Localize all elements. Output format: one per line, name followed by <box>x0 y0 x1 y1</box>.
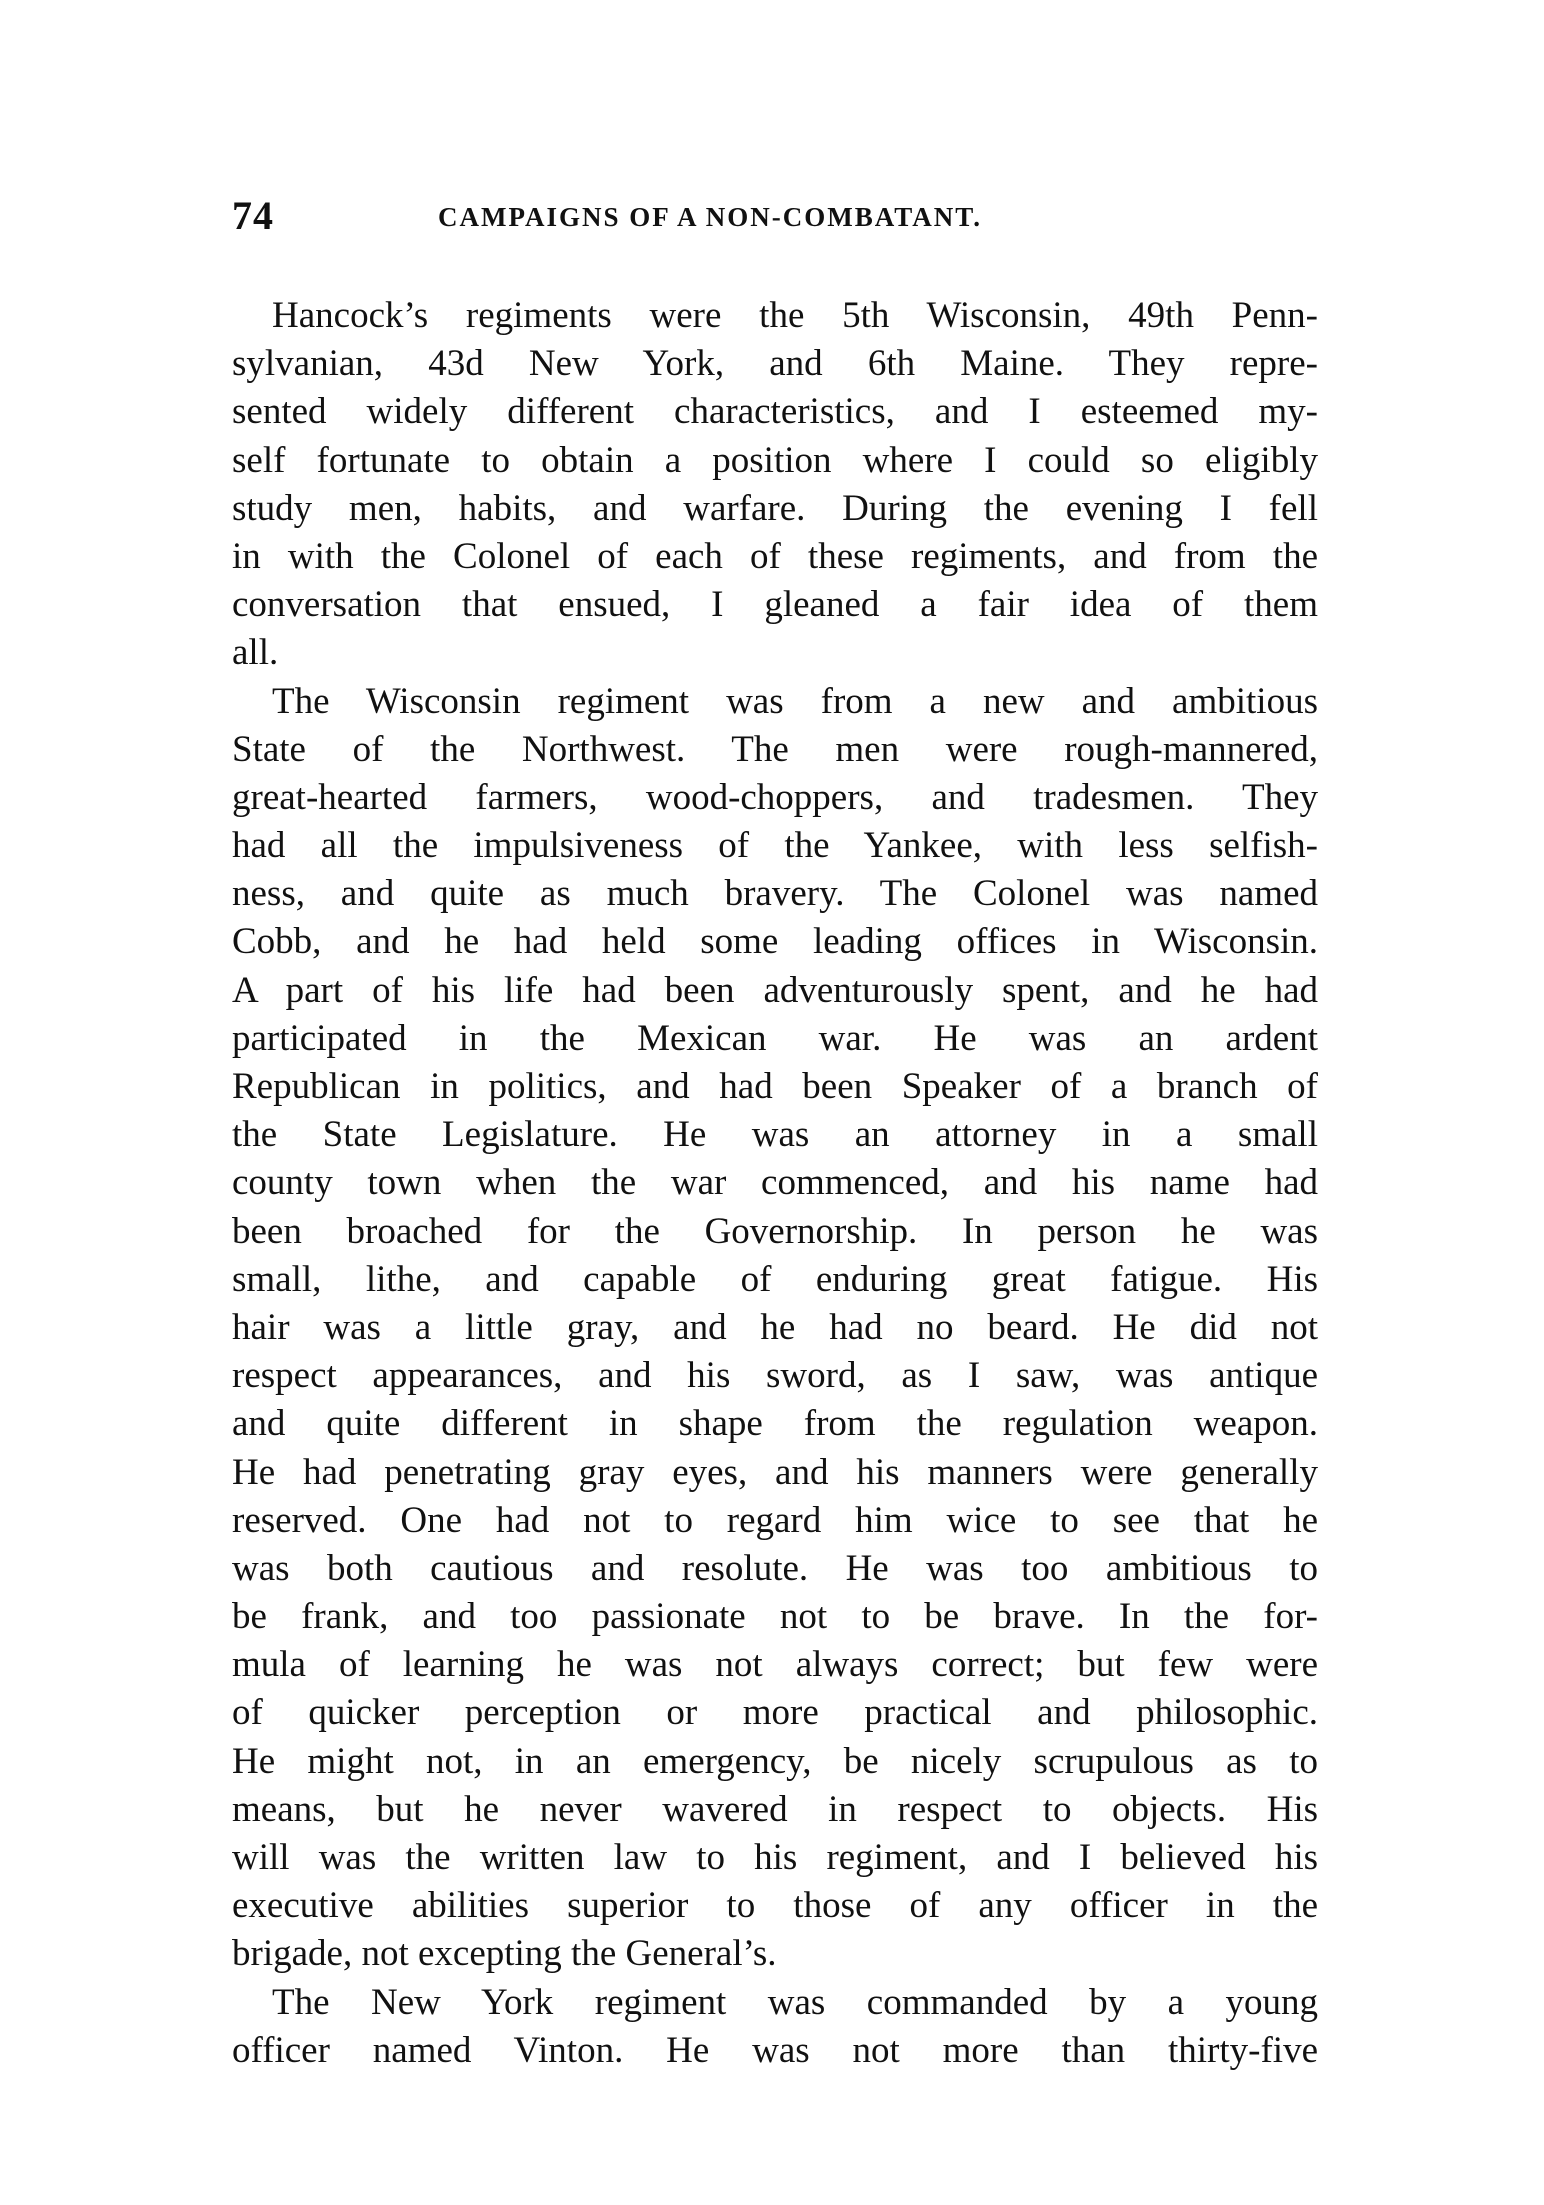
text-line: He had penetrating gray eyes, and his ma… <box>232 1449 1318 1497</box>
text-line: self fortunate to obtain a position wher… <box>232 437 1318 485</box>
text-line: State of the Northwest. The men were rou… <box>232 726 1318 774</box>
text-line: will was the written law to his regiment… <box>232 1834 1318 1882</box>
text-line: means, but he never wavered in respect t… <box>232 1786 1318 1834</box>
running-head: 74 CAMPAIGNS OF A NON-COMBATANT. <box>232 192 1332 242</box>
text-line: had all the impulsiveness of the Yankee,… <box>232 822 1318 870</box>
text-line: conversation that ensued, I gleaned a fa… <box>232 581 1318 629</box>
text-line: The New York regiment was commanded by a… <box>232 1979 1318 2027</box>
text-line: Republican in politics, and had been Spe… <box>232 1063 1318 1111</box>
text-line: all. <box>232 629 1318 677</box>
text-line: be frank, and too passionate not to be b… <box>232 1593 1318 1641</box>
text-line: was both cautious and resolute. He was t… <box>232 1545 1318 1593</box>
text-line: study men, habits, and warfare. During t… <box>232 485 1318 533</box>
text-line: brigade, not excepting the General’s. <box>232 1930 1318 1978</box>
text-line: The Wisconsin regiment was from a new an… <box>232 678 1318 726</box>
paragraph-2: The Wisconsin regiment was from a new an… <box>232 678 1318 1979</box>
text-line: reserved. One had not to regard him wice… <box>232 1497 1318 1545</box>
text-line: ness, and quite as much bravery. The Col… <box>232 870 1318 918</box>
body-text: Hancock’s regiments were the 5th Wiscons… <box>232 292 1318 2075</box>
text-line: and quite different in shape from the re… <box>232 1400 1318 1448</box>
text-line: executive abilities superior to those of… <box>232 1882 1318 1930</box>
text-line: A part of his life had been adventurousl… <box>232 967 1318 1015</box>
page-number: 74 <box>232 192 274 239</box>
text-line: Hancock’s regiments were the 5th Wiscons… <box>232 292 1318 340</box>
text-line: been broached for the Governorship. In p… <box>232 1208 1318 1256</box>
text-line: participated in the Mexican war. He was … <box>232 1015 1318 1063</box>
text-line: county town when the war commenced, and … <box>232 1159 1318 1207</box>
text-line: sented widely different characteristics,… <box>232 388 1318 436</box>
text-line: hair was a little gray, and he had no be… <box>232 1304 1318 1352</box>
text-line: He might not, in an emergency, be nicely… <box>232 1738 1318 1786</box>
text-line: of quicker perception or more practical … <box>232 1689 1318 1737</box>
text-line: sylvanian, 43d New York, and 6th Maine. … <box>232 340 1318 388</box>
text-line: the State Legislature. He was an attorne… <box>232 1111 1318 1159</box>
text-line: Cobb, and he had held some leading offic… <box>232 918 1318 966</box>
text-line: officer named Vinton. He was not more th… <box>232 2027 1318 2075</box>
text-line: small, lithe, and capable of enduring gr… <box>232 1256 1318 1304</box>
text-line: respect appearances, and his sword, as I… <box>232 1352 1318 1400</box>
text-line: mula of learning he was not always corre… <box>232 1641 1318 1689</box>
book-page: 74 CAMPAIGNS OF A NON-COMBATANT. Hancock… <box>0 0 1544 2205</box>
paragraph-3: The New York regiment was commanded by a… <box>232 1979 1318 2075</box>
paragraph-1: Hancock’s regiments were the 5th Wiscons… <box>232 292 1318 678</box>
text-line: great-hearted farmers, wood-choppers, an… <box>232 774 1318 822</box>
text-line: in with the Colonel of each of these reg… <box>232 533 1318 581</box>
running-title: CAMPAIGNS OF A NON-COMBATANT. <box>438 202 982 233</box>
